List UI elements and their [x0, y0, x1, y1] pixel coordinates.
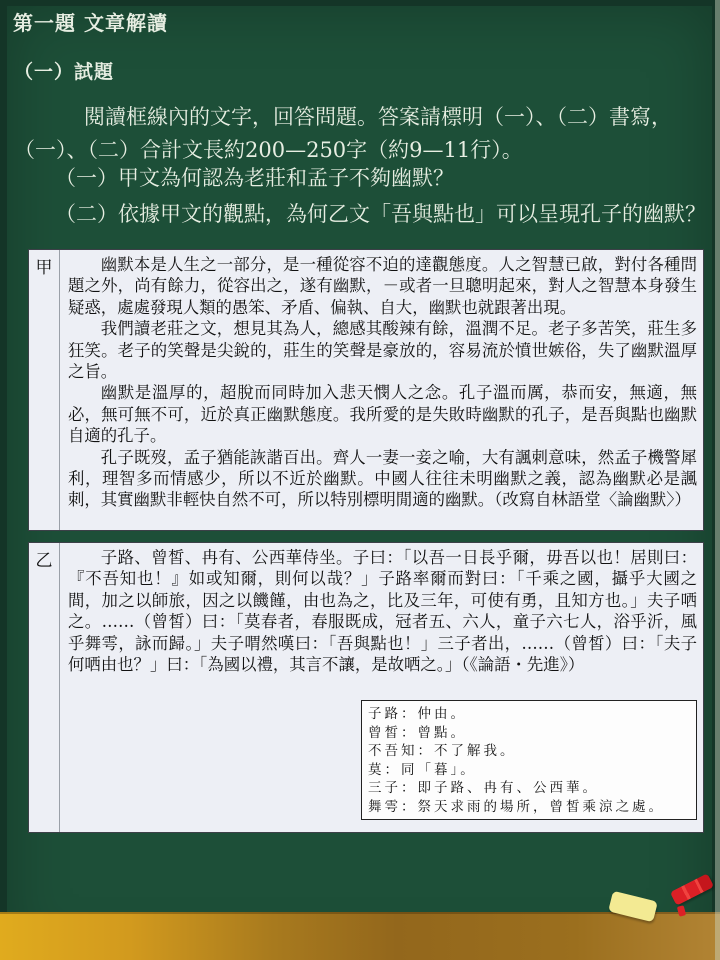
section-heading: （一）試題	[14, 57, 114, 84]
note-mo: 莫：同「暮」。	[368, 761, 690, 780]
note-sanzi: 三子：即子路、冉有、公西華。	[368, 779, 690, 798]
note-wuyu: 舞雩：祭天求雨的場所，曾皙乘涼之處。	[368, 798, 690, 817]
passage-a-paragraph-4: 孔子既歿，孟子猶能詼諧百出。齊人一妻一妾之喻，大有諷刺意味，然孟子機警犀利，理智…	[68, 447, 697, 511]
passage-a-paragraph-1: 幽默本是人生之一部分，是一種從容不迫的達觀態度。人之智慧已啟，對付各種問題之外，…	[68, 254, 697, 318]
question-2: （二）依據甲文的觀點，為何乙文「吾與點也」可以呈現孔子的幽默？	[55, 198, 706, 228]
right-edge-highlight	[715, 0, 720, 960]
question-1: （一）甲文為何認為老莊和孟子不夠幽默？	[55, 162, 454, 192]
passage-a-text: 幽默本是人生之一部分，是一種從容不迫的達觀態度。人之智慧已啟，對付各種問題之外，…	[60, 250, 703, 530]
slide-title: 第一題 文章解讀	[13, 7, 168, 36]
passage-a-label: 甲	[29, 250, 60, 530]
note-buwuzhi: 不吾知：不了解我。	[368, 742, 690, 761]
instructions-line-1: 閱讀框線內的文字，回答問題。答案請標明（一）、（二）書寫，	[84, 101, 672, 131]
passage-a-paragraph-2: 我們讀老莊之文，想見其為人，總感其酸辣有餘，溫潤不足。老子多苦笑，莊生多狂笑。老…	[68, 318, 697, 382]
note-zilu: 子路：仲由。	[368, 705, 690, 724]
passage-b-box: 乙 子路、曾皙、冉有、公西華侍坐。子曰：「以吾一日長乎爾，毋吾以也！居則曰：『不…	[28, 542, 704, 833]
chalk-tray	[0, 912, 720, 960]
passage-a-paragraph-3: 幽默是溫厚的，超脫而同時加入悲天憫人之念。孔子溫而厲，恭而安，無適，無必，無可無…	[68, 382, 697, 446]
passage-a-box: 甲 幽默本是人生之一部分，是一種從容不迫的達觀態度。人之智慧已啟，對付各種問題之…	[28, 249, 704, 531]
instructions-line-2: （一）、（二）合計文長約200—250字（約9—11行）。	[14, 134, 523, 164]
slide-frame: 第一題 文章解讀 （一）試題 閱讀框線內的文字，回答問題。答案請標明（一）、（二…	[0, 0, 720, 960]
passage-b-paragraph-1: 子路、曾皙、冉有、公西華侍坐。子曰：「以吾一日長乎爾，毋吾以也！居則曰：『不吾知…	[68, 547, 697, 675]
passage-b-label: 乙	[29, 543, 60, 832]
vocabulary-notes-box: 子路：仲由。 曾皙：曾點。 不吾知：不了解我。 莫：同「暮」。 三子：即子路、冉…	[361, 700, 697, 820]
note-zengxi: 曾皙：曾點。	[368, 724, 690, 743]
